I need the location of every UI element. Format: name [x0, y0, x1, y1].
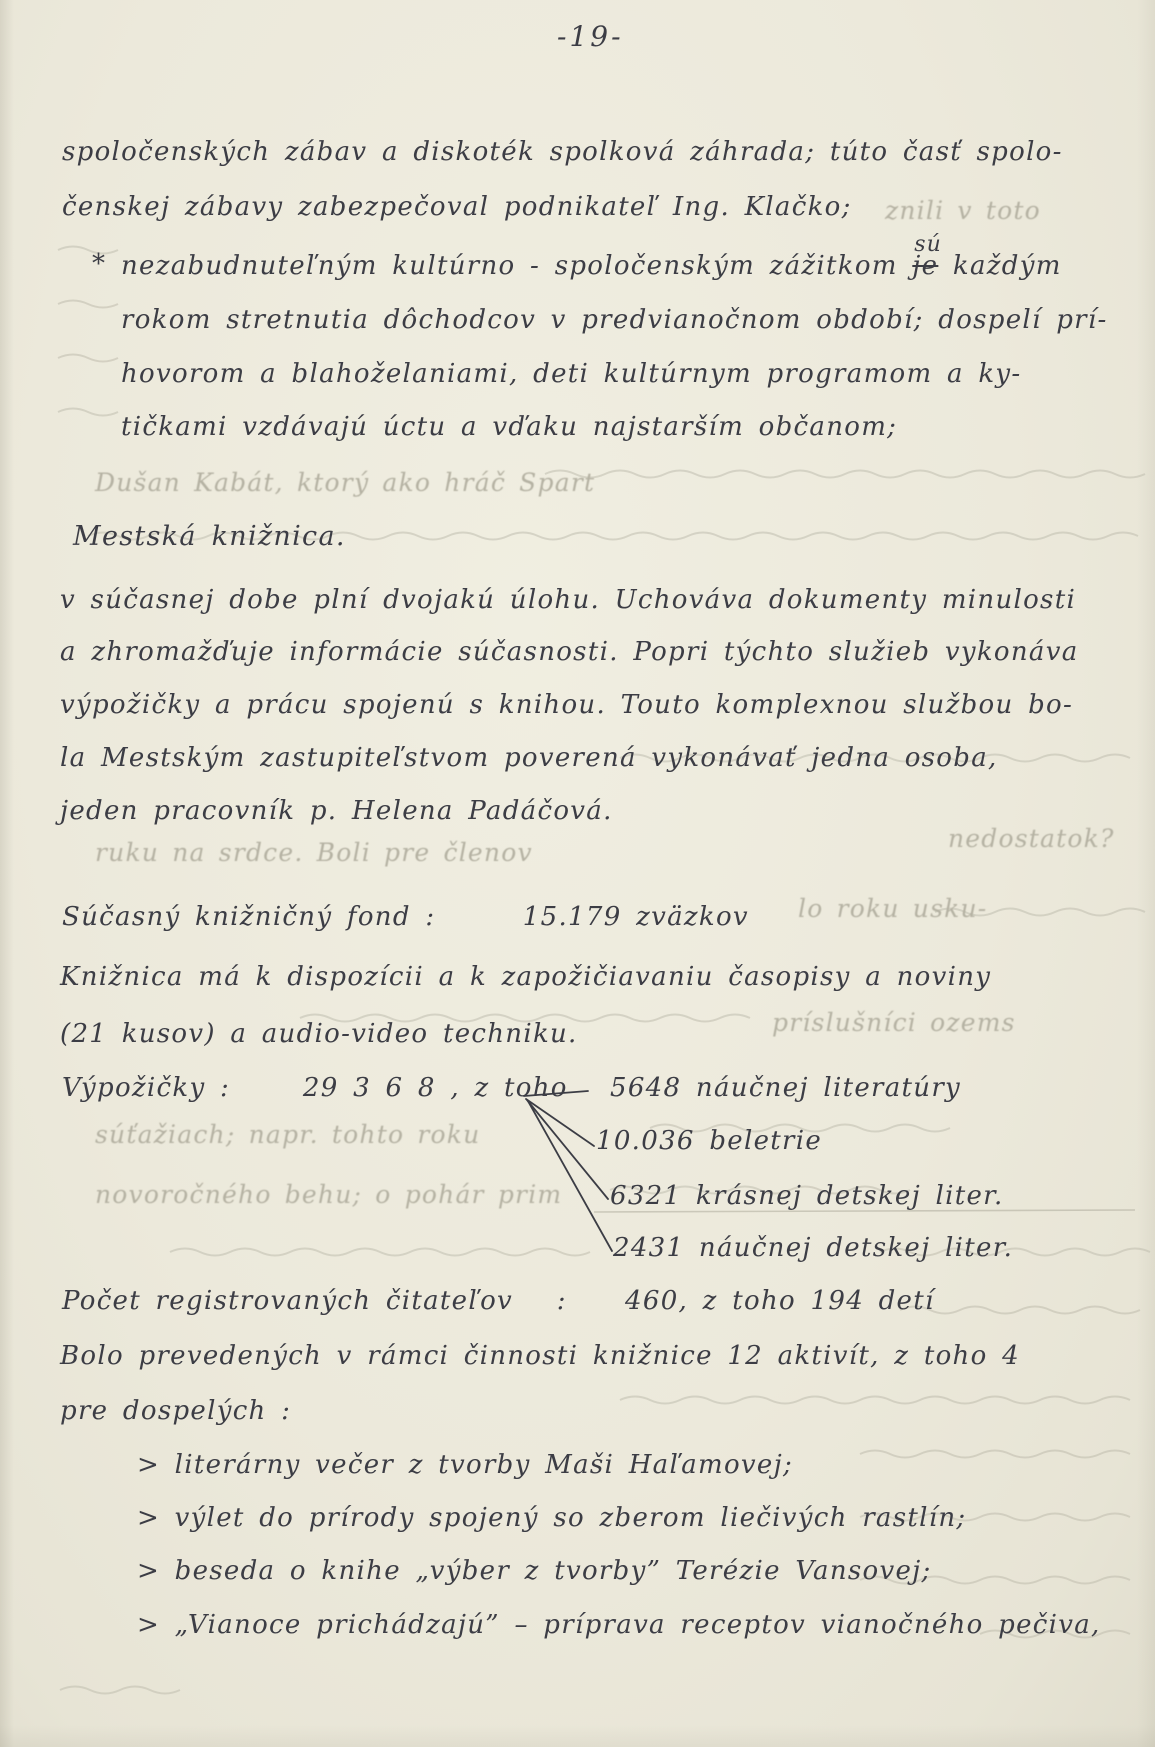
correction-before: nezabudnuteľným kultúrno - spoločenským …: [121, 251, 912, 281]
loans-total-line: Výpožičky : 29 3 6 8 , z toho: [62, 1074, 568, 1103]
bleedthrough-text: novoročného behu; o pohár prim: [95, 1180, 562, 1209]
list-item: > literárny večer z tvorby Maši Haľamove…: [137, 1451, 793, 1480]
handwriting-line: tičkami vzdávajú úctu a vďaku najstarším…: [121, 413, 897, 442]
handwriting-line: Knižnica má k dispozícii a k zapožičiava…: [60, 963, 991, 992]
handwriting-line-with-correction: nezabudnuteľným kultúrno - spoločenským …: [121, 252, 1062, 281]
handwritten-page: { "page": { "number": "-19-" }, "colors"…: [0, 0, 1155, 1747]
section-heading: Mestská knižnica.: [73, 522, 346, 552]
list-item: > výlet do prírody spojený so zberom lie…: [137, 1504, 966, 1533]
asterisk-mark: *: [92, 250, 106, 279]
handwriting-line: spoločenských zábav a diskoték spolková …: [62, 138, 1063, 167]
correction-inserted-word: sú: [914, 233, 941, 257]
loans-item-line: 5648 náučnej literatúry: [610, 1074, 961, 1103]
loans-item-line: 6321 krásnej detskej liter.: [610, 1182, 1004, 1211]
loans-item-line: 10.036 beletrie: [596, 1127, 822, 1156]
handwriting-line: (21 kusov) a audio-video techniku.: [60, 1020, 578, 1049]
list-item: > beseda o knihe „výber z tvorby” Terézi…: [137, 1557, 932, 1586]
correction-after: každým: [938, 251, 1061, 281]
handwriting-line: výpožičky a prácu spojenú s knihou. Tout…: [60, 691, 1073, 720]
handwriting-line: rokom stretnutia dôchodcov v predvianočn…: [121, 306, 1108, 335]
bleedthrough-text: súťažiach; napr. tohto roku: [95, 1120, 480, 1149]
list-item: > „Vianoce prichádzajú” – príprava recep…: [137, 1611, 1101, 1640]
handwriting-line: v súčasnej dobe plní dvojakú úlohu. Ucho…: [60, 586, 1076, 615]
handwriting-line: Bolo prevedených v rámci činnosti knižni…: [60, 1342, 1020, 1371]
handwriting-line: čenskej zábavy zabezpečoval podnikateľ I…: [62, 193, 852, 222]
readers-count-line: Počet registrovaných čitateľov : 460, z …: [62, 1287, 935, 1316]
bleedthrough-text: nedostatok?: [948, 824, 1115, 853]
handwriting-line: jeden pracovník p. Helena Padáčová.: [60, 797, 613, 826]
handwriting-line: a zhromažďuje informácie súčasnosti. Pop…: [60, 638, 1079, 667]
page-number: -19-: [557, 22, 624, 53]
bleedthrough-text: znili v toto: [885, 196, 1041, 225]
library-fund-line: Súčasný knižničný fond : 15.179 zväzkov: [62, 903, 749, 932]
bleedthrough-text: príslušníci ozems: [772, 1008, 1016, 1037]
handwriting-line: pre dospelých :: [60, 1397, 291, 1426]
handwriting-line: hovorom a blahoželaniami, deti kultúrnym…: [121, 360, 1022, 389]
bleedthrough-text: lo roku usku-: [798, 894, 987, 923]
handwriting-line: la Mestským zastupiteľstvom poverená vyk…: [60, 744, 998, 773]
loans-item-line: 2431 náučnej detskej liter.: [613, 1234, 1013, 1263]
correction-group: súje: [912, 252, 938, 281]
bleedthrough-text: Dušan Kabát, ktorý ako hráč Spart: [95, 468, 595, 497]
bleedthrough-text: ruku na srdce. Boli pre členov: [95, 838, 533, 867]
